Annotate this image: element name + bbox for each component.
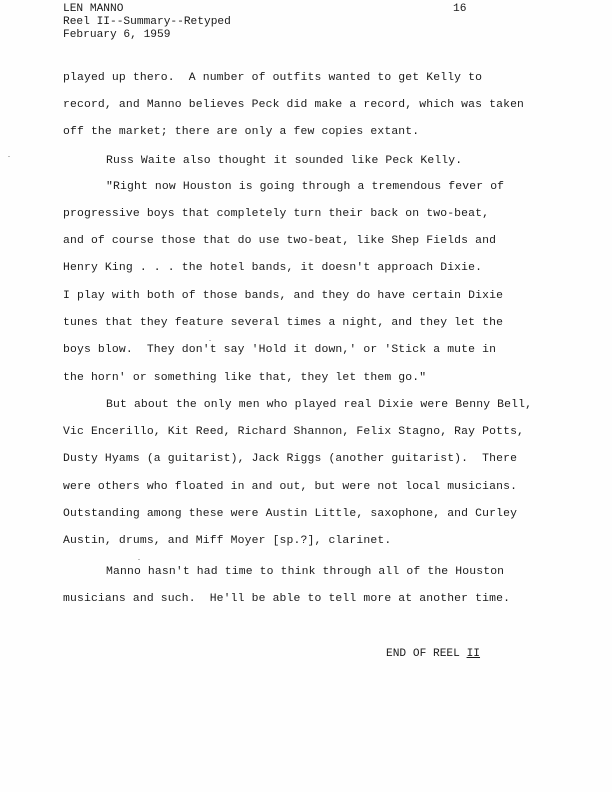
text-line: off the market; there are only a few cop… bbox=[63, 126, 419, 138]
text-line: Vic Encerillo, Kit Reed, Richard Shannon… bbox=[63, 426, 524, 438]
end-of-reel: END OF REEL II bbox=[386, 648, 480, 660]
scan-speck bbox=[209, 340, 211, 341]
header-reel: Reel II--Summary--Retyped bbox=[63, 16, 231, 29]
text-line: Henry King . . . the hotel bands, it doe… bbox=[63, 262, 482, 274]
end-reel-number: II bbox=[467, 648, 480, 660]
text-line: progressive boys that completely turn th… bbox=[63, 208, 489, 220]
scan-speck bbox=[138, 559, 140, 560]
text-line: I play with both of those bands, and the… bbox=[63, 290, 503, 302]
document-page: LEN MANNO Reel II--Summary--Retyped Febr… bbox=[0, 0, 612, 792]
text-line: Austin, drums, and Miff Moyer [sp.?], cl… bbox=[63, 535, 391, 547]
text-line: the horn' or something like that, they l… bbox=[63, 372, 426, 384]
text-line: tunes that they feature several times a … bbox=[63, 317, 503, 329]
text-line: Russ Waite also thought it sounded like … bbox=[106, 155, 462, 167]
text-line: Manno hasn't had time to think through a… bbox=[106, 566, 504, 578]
end-text: END OF REEL bbox=[386, 648, 467, 660]
scan-speck bbox=[8, 156, 10, 157]
text-line: "Right now Houston is going through a tr… bbox=[106, 181, 504, 193]
header-date: February 6, 1959 bbox=[63, 29, 170, 42]
text-line: and of course those that do use two-beat… bbox=[63, 235, 496, 247]
text-line: But about the only men who played real D… bbox=[106, 399, 532, 411]
text-line: boys blow. They don't say 'Hold it down,… bbox=[63, 344, 496, 356]
text-line: Dusty Hyams (a guitarist), Jack Riggs (a… bbox=[63, 453, 517, 465]
text-line: record, and Manno believes Peck did make… bbox=[63, 99, 524, 111]
text-line: musicians and such. He'll be able to tel… bbox=[63, 593, 510, 605]
text-line: Outstanding among these were Austin Litt… bbox=[63, 508, 517, 520]
header-name: LEN MANNO bbox=[63, 3, 123, 16]
text-line: were others who floated in and out, but … bbox=[63, 481, 517, 493]
text-line: played up thero. A number of outfits wan… bbox=[63, 72, 482, 84]
page-number: 16 bbox=[453, 3, 466, 15]
